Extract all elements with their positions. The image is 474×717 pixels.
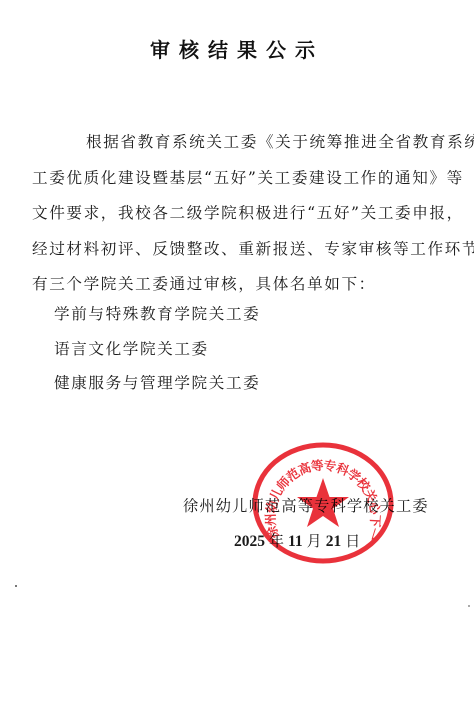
body-line: 文件要求，我校各二级学院积极进行“五好”关工委申报， — [32, 196, 419, 232]
scan-artifact — [468, 605, 470, 607]
scan-artifact — [15, 585, 17, 587]
body-line: 根据省教育系统关工委《关于统筹推进全省教育系统关 — [54, 125, 419, 161]
document-page: 审核结果公示 根据省教育系统关工委《关于统筹推进全省教育系统关 工委优质化建设暨… — [0, 0, 474, 717]
document-title: 审核结果公示 — [0, 34, 474, 63]
body-paragraph: 根据省教育系统关工委《关于统筹推进全省教育系统关 工委优质化建设暨基层“五好”关… — [54, 125, 419, 303]
list-item: 健康服务与管理学院关工委 — [54, 366, 260, 401]
official-seal: 徐州幼儿师范高等专科学校关心下一代工作委员会 — [251, 441, 396, 566]
list-item: 学前与特殊教育学院关工委 — [54, 297, 260, 332]
approved-list: 学前与特殊教育学院关工委 语言文化学院关工委 健康服务与管理学院关工委 — [54, 297, 260, 401]
body-line: 工委优质化建设暨基层“五好”关工委建设工作的通知》等 — [32, 161, 419, 197]
star-icon — [297, 478, 349, 527]
body-line: 经过材料初评、反馈整改、重新报送、专家审核等工作环节， — [32, 232, 419, 268]
list-item: 语言文化学院关工委 — [54, 332, 260, 367]
